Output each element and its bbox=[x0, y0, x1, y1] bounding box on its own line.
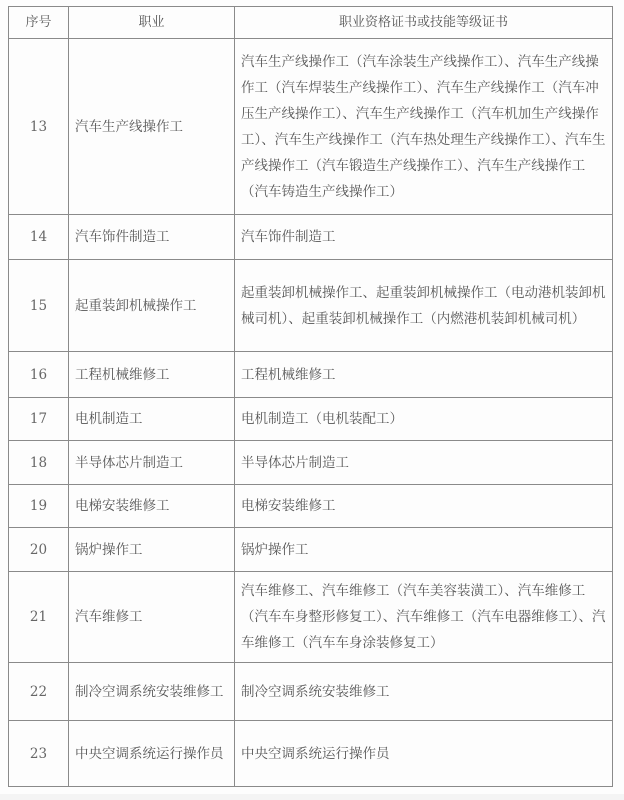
table-row: 13汽车生产线操作工汽车生产线操作工（汽车涂装生产线操作工）、汽车生产线操作工（… bbox=[9, 39, 613, 215]
occupation-cell: 电机制造工 bbox=[69, 398, 235, 441]
serial-number-cell: 18 bbox=[9, 441, 69, 485]
document-page: 序号 职业 职业资格证书或技能等级证书 13汽车生产线操作工汽车生产线操作工（汽… bbox=[0, 0, 624, 794]
table-row: 14汽车饰件制造工汽车饰件制造工 bbox=[9, 215, 613, 260]
certificate-cell: 半导体芯片制造工 bbox=[235, 441, 613, 485]
serial-number-cell: 20 bbox=[9, 528, 69, 572]
table-row: 20锅炉操作工锅炉操作工 bbox=[9, 528, 613, 572]
certificate-cell: 电机制造工（电机装配工） bbox=[235, 398, 613, 441]
certificate-cell: 制冷空调系统安装维修工 bbox=[235, 663, 613, 721]
certificate-cell: 中央空调系统运行操作员 bbox=[235, 721, 613, 787]
occupation-cell: 半导体芯片制造工 bbox=[69, 441, 235, 485]
certificate-cell: 起重装卸机械操作工、起重装卸机械操作工（电动港机装卸机械司机）、起重装卸机械操作… bbox=[235, 260, 613, 352]
table-row: 17电机制造工电机制造工（电机装配工） bbox=[9, 398, 613, 441]
serial-number-cell: 15 bbox=[9, 260, 69, 352]
table-row: 21汽车维修工汽车维修工、汽车维修工（汽车美容装潢工）、汽车维修工（汽车车身整形… bbox=[9, 572, 613, 663]
table-header-row: 序号 职业 职业资格证书或技能等级证书 bbox=[9, 7, 613, 39]
serial-number-cell: 16 bbox=[9, 352, 69, 398]
occupation-cell: 汽车饰件制造工 bbox=[69, 215, 235, 260]
certificate-cell: 汽车生产线操作工（汽车涂装生产线操作工）、汽车生产线操作工（汽车焊装生产线操作工… bbox=[235, 39, 613, 215]
occupation-cell: 工程机械维修工 bbox=[69, 352, 235, 398]
table-row: 22制冷空调系统安装维修工制冷空调系统安装维修工 bbox=[9, 663, 613, 721]
table-row: 18半导体芯片制造工半导体芯片制造工 bbox=[9, 441, 613, 485]
serial-number-cell: 19 bbox=[9, 485, 69, 528]
certificate-cell: 工程机械维修工 bbox=[235, 352, 613, 398]
header-serial-number: 序号 bbox=[9, 7, 69, 39]
occupation-cell: 中央空调系统运行操作员 bbox=[69, 721, 235, 787]
occupation-certificate-table: 序号 职业 职业资格证书或技能等级证书 13汽车生产线操作工汽车生产线操作工（汽… bbox=[8, 6, 613, 787]
occupation-cell: 电梯安装维修工 bbox=[69, 485, 235, 528]
certificate-cell: 汽车饰件制造工 bbox=[235, 215, 613, 260]
serial-number-cell: 23 bbox=[9, 721, 69, 787]
certificate-cell: 汽车维修工、汽车维修工（汽车美容装潢工）、汽车维修工（汽车车身整形修复工）、汽车… bbox=[235, 572, 613, 663]
serial-number-cell: 14 bbox=[9, 215, 69, 260]
table-row: 23中央空调系统运行操作员中央空调系统运行操作员 bbox=[9, 721, 613, 787]
certificate-cell: 锅炉操作工 bbox=[235, 528, 613, 572]
serial-number-cell: 17 bbox=[9, 398, 69, 441]
table-body: 13汽车生产线操作工汽车生产线操作工（汽车涂装生产线操作工）、汽车生产线操作工（… bbox=[9, 39, 613, 787]
header-occupation: 职业 bbox=[69, 7, 235, 39]
occupation-cell: 汽车生产线操作工 bbox=[69, 39, 235, 215]
serial-number-cell: 13 bbox=[9, 39, 69, 215]
occupation-cell: 起重装卸机械操作工 bbox=[69, 260, 235, 352]
table-row: 16工程机械维修工工程机械维修工 bbox=[9, 352, 613, 398]
certificate-cell: 电梯安装维修工 bbox=[235, 485, 613, 528]
serial-number-cell: 22 bbox=[9, 663, 69, 721]
occupation-cell: 锅炉操作工 bbox=[69, 528, 235, 572]
occupation-cell: 制冷空调系统安装维修工 bbox=[69, 663, 235, 721]
table-row: 19电梯安装维修工电梯安装维修工 bbox=[9, 485, 613, 528]
table-row: 15起重装卸机械操作工起重装卸机械操作工、起重装卸机械操作工（电动港机装卸机械司… bbox=[9, 260, 613, 352]
header-certificate: 职业资格证书或技能等级证书 bbox=[235, 7, 613, 39]
occupation-cell: 汽车维修工 bbox=[69, 572, 235, 663]
serial-number-cell: 21 bbox=[9, 572, 69, 663]
